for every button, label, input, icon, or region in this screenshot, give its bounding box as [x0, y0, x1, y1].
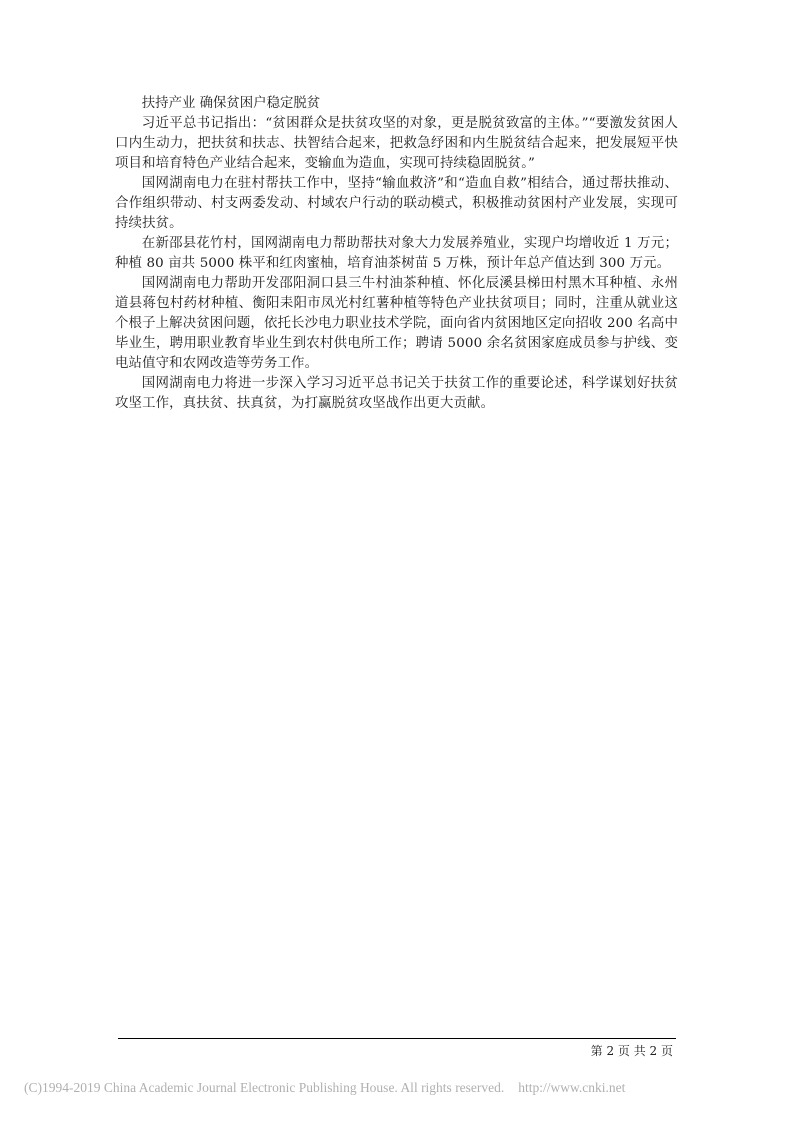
paragraph-approach: 国网湖南电力在驻村帮扶工作中，坚持“输血救济”和“造血自救”相结合，通过帮扶推动…: [115, 174, 678, 234]
page-indicator: 第 2 页 共 2 页: [591, 1043, 673, 1059]
article-body: 扶持产业 确保贫困户稳定脱贫 习近平总书记指出：“贫困群众是扶贫攻坚的对象，更是…: [115, 94, 678, 414]
cnki-url: http://www.cnki.net: [518, 1080, 625, 1095]
copyright-text: (C)1994-2019 China Academic Journal Elec…: [24, 1080, 504, 1095]
footer-divider: [118, 1038, 676, 1039]
paragraph-conclusion: 国网湖南电力将进一步深入学习习近平总书记关于扶贫工作的重要论述，科学谋划好扶贫攻…: [115, 374, 678, 414]
paragraph-quote: 习近平总书记指出：“贫困群众是扶贫攻坚的对象，更是脱贫致富的主体。”“要激发贫困…: [115, 114, 678, 174]
paragraph-huazhu-village: 在新邵县花竹村，国网湖南电力帮助帮扶对象大力发展养殖业，实现户均增收近 1 万元…: [115, 234, 678, 274]
copyright-watermark: (C)1994-2019 China Academic Journal Elec…: [24, 1080, 625, 1096]
paragraph-industry-projects: 国网湖南电力帮助开发邵阳洞口县三牛村油茶种植、怀化辰溪县梯田村黑木耳种植、永州道…: [115, 274, 678, 374]
section-heading: 扶持产业 确保贫困户稳定脱贫: [115, 94, 678, 114]
